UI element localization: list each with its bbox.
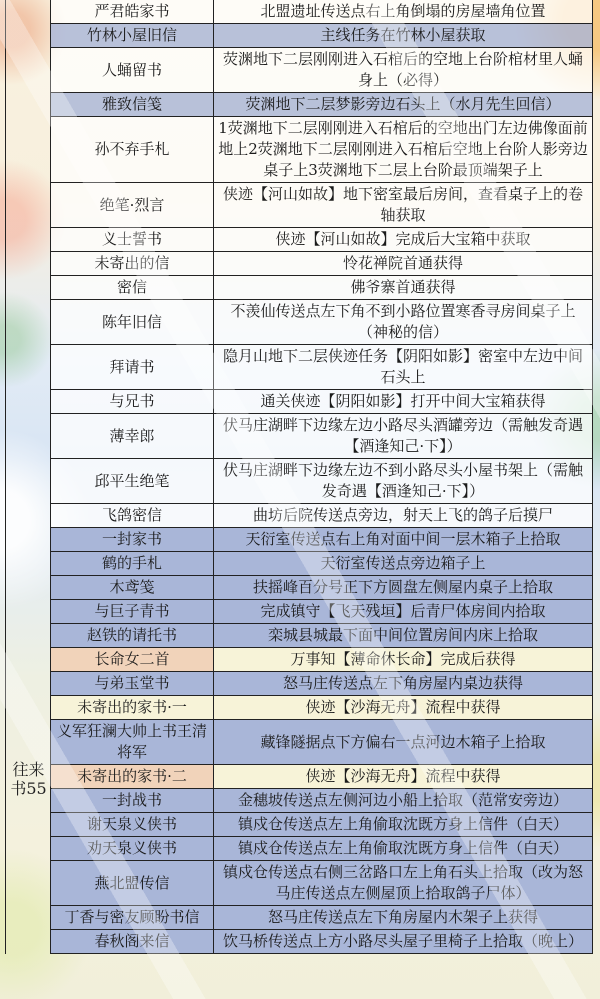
- table-row: 劝天泉义侠书 镇戍仓传送点左上角偷取沈既方身上信件（白天）: [51, 837, 592, 861]
- table-row: 雅致信笺 荧渊地下二层梦影旁边石头上（水月先生回信）: [51, 93, 592, 117]
- letters-table: 往来书55 严君皓家书 北盟遗址传送点右上角倒塌的房屋墙角位置 竹林小屋旧信 主…: [5, 0, 593, 954]
- category-cell: 往来书55: [6, 0, 51, 954]
- table-row: 未寄出的家书·二 侠迹【沙海无舟】流程中获得: [51, 765, 592, 789]
- guide-page: { "colors": { "row_lavender": "#a9b6d8",…: [0, 0, 600, 999]
- location-cell: 镇戍仓传送点右侧三岔路口左上角石头上拾取（改为怒马庄传送点左侧屋顶上拾取鸽子尸体…: [214, 861, 592, 905]
- table-row: 孙不弃手札 1荧渊地下二层刚刚进入石棺后的空地出门左边佛像面前地上2荧渊地下二层…: [51, 117, 592, 183]
- location-cell: 侠迹【河山如故】地下密室最后房间，查看桌子上的卷轴获取: [214, 183, 592, 227]
- location-cell: 佛爷寨首通获得: [214, 276, 592, 299]
- location-cell: 镇戍仓传送点左上角偷取沈既方身上信件（白天）: [214, 837, 592, 860]
- location-cell: 怒马庄传送点左下角房屋内桌边获得: [214, 672, 592, 695]
- table-row: 丁香与密友顾盼书信 怒马庄传送点左下角房屋内木架子上获得: [51, 906, 592, 930]
- letter-name-cell: 春秋阁来信: [51, 930, 214, 953]
- location-cell: 天衍室传送点旁边箱子上: [214, 552, 592, 575]
- location-cell: 曲坊后院传送点旁边，射天上飞的鸽子后摸尸: [214, 504, 592, 527]
- location-cell: 镇戍仓传送点左上角偷取沈既方身上信件（白天）: [214, 813, 592, 836]
- location-cell: 主线任务在竹林小屋获取: [214, 24, 592, 47]
- table-row: 赵铁的请托书 栾城县城最下面中间位置房间内床上拾取: [51, 624, 592, 648]
- letter-name-cell: 赵铁的请托书: [51, 624, 214, 647]
- letter-name-cell: 劝天泉义侠书: [51, 837, 214, 860]
- location-cell: 侠迹【沙海无舟】流程中获得: [214, 696, 592, 719]
- letter-name-cell: 绝笔·烈言: [51, 183, 214, 227]
- letter-name-cell: 严君皓家书: [51, 0, 214, 23]
- letter-name-cell: 密信: [51, 276, 214, 299]
- location-cell: 荧渊地下二层梦影旁边石头上（水月先生回信）: [214, 93, 592, 116]
- location-cell: 侠迹【河山如故】完成后大宝箱中获取: [214, 228, 592, 251]
- table-row: 义士誓书 侠迹【河山如故】完成后大宝箱中获取: [51, 228, 592, 252]
- table-row: 飞鸽密信 曲坊后院传送点旁边，射天上飞的鸽子后摸尸: [51, 504, 592, 528]
- letter-name-cell: 木鸢笺: [51, 576, 214, 599]
- location-cell: 伏马庄湖畔下边缘左边小路尽头酒罐旁边（需触发奇遇【酒逢知己·下】）: [214, 414, 592, 458]
- letter-name-cell: 义军狂澜大帅上书王清将军: [51, 720, 214, 764]
- location-cell: 隐月山地下二层侠迹任务【阴阳如影】密室中左边中间石头上: [214, 345, 592, 389]
- letter-name-cell: 与弟玉堂书: [51, 672, 214, 695]
- table-row: 鹤的手札 天衍室传送点旁边箱子上: [51, 552, 592, 576]
- table-row: 燕北盟传信 镇戍仓传送点右侧三岔路口左上角石头上拾取（改为怒马庄传送点左侧屋顶上…: [51, 861, 592, 906]
- letter-name-cell: 丁香与密友顾盼书信: [51, 906, 214, 929]
- location-cell: 不羡仙传送点左下角不到小路位置寒香寻房间桌子上（神秘的信）: [214, 300, 592, 344]
- table-row: 木鸢笺 扶摇峰百分号正下方圆盘左侧屋内桌子上拾取: [51, 576, 592, 600]
- letter-name-cell: 飞鸽密信: [51, 504, 214, 527]
- table-row: 拜请书 隐月山地下二层侠迹任务【阴阳如影】密室中左边中间石头上: [51, 345, 592, 390]
- location-cell: 栾城县城最下面中间位置房间内床上拾取: [214, 624, 592, 647]
- table-row: 未寄出的家书·一 侠迹【沙海无舟】流程中获得: [51, 696, 592, 720]
- table-row: 一封家书 天衍室传送点右上角对面中间一层木箱子上拾取: [51, 528, 592, 552]
- letter-name-cell: 未寄出的家书·二: [51, 765, 214, 788]
- location-cell: 北盟遗址传送点右上角倒塌的房屋墙角位置: [214, 0, 592, 23]
- location-cell: 怜花禅院首通获得: [214, 252, 592, 275]
- letter-name-cell: 人蛹留书: [51, 48, 214, 92]
- table-row: 谢天泉义侠书 镇戍仓传送点左上角偷取沈既方身上信件（白天）: [51, 813, 592, 837]
- location-cell: 完成镇守【飞天残垣】后青尸体房间内拾取: [214, 600, 592, 623]
- letter-name-cell: 一封战书: [51, 789, 214, 812]
- table-row: 竹林小屋旧信 主线任务在竹林小屋获取: [51, 24, 592, 48]
- location-cell: 万事知【薄命休长命】完成后获得: [214, 648, 592, 671]
- table-row: 密信 佛爷寨首通获得: [51, 276, 592, 300]
- location-cell: 侠迹【沙海无舟】流程中获得: [214, 765, 592, 788]
- category-label: 往来书55: [10, 760, 47, 798]
- table-row: 人蛹留书 荧渊地下二层刚刚进入石棺后的空地上台阶棺材里人蛹身上（必得）: [51, 48, 592, 93]
- letter-name-cell: 雅致信笺: [51, 93, 214, 116]
- location-cell: 伏马庄湖畔下边缘左边不到小路尽头小屋书架上（需触发奇遇【酒逢知己·下】）: [214, 459, 592, 503]
- location-cell: 金穗坡传送点左侧河边小船上拾取（范常安旁边）: [214, 789, 592, 812]
- letter-name-cell: 邱平生绝笔: [51, 459, 214, 503]
- letter-name-cell: 竹林小屋旧信: [51, 24, 214, 47]
- location-cell: 怒马庄传送点左下角房屋内木架子上获得: [214, 906, 592, 929]
- letter-name-cell: 未寄出的家书·一: [51, 696, 214, 719]
- table-row: 义军狂澜大帅上书王清将军 藏锋隧据点下方偏右一点河边木箱子上拾取: [51, 720, 592, 765]
- table-row: 陈年旧信 不羡仙传送点左下角不到小路位置寒香寻房间桌子上（神秘的信）: [51, 300, 592, 345]
- letter-name-cell: 孙不弃手札: [51, 117, 214, 182]
- location-cell: 通关侠迹【阴阳如影】打开中间大宝箱获得: [214, 390, 592, 413]
- table-row: 春秋阁来信 饮马桥传送点上方小路尽头屋子里椅子上拾取（晚上）: [51, 930, 592, 954]
- table-row: 未寄出的信 怜花禅院首通获得: [51, 252, 592, 276]
- letter-name-cell: 拜请书: [51, 345, 214, 389]
- letter-name-cell: 一封家书: [51, 528, 214, 551]
- table-row: 与巨子青书 完成镇守【飞天残垣】后青尸体房间内拾取: [51, 600, 592, 624]
- location-cell: 天衍室传送点右上角对面中间一层木箱子上拾取: [214, 528, 592, 551]
- location-cell: 扶摇峰百分号正下方圆盘左侧屋内桌子上拾取: [214, 576, 592, 599]
- location-cell: 藏锋隧据点下方偏右一点河边木箱子上拾取: [214, 720, 592, 764]
- table-row: 长命女二首 万事知【薄命休长命】完成后获得: [51, 648, 592, 672]
- table-row: 邱平生绝笔 伏马庄湖畔下边缘左边不到小路尽头小屋书架上（需触发奇遇【酒逢知己·下…: [51, 459, 592, 504]
- table-row: 与兄书 通关侠迹【阴阳如影】打开中间大宝箱获得: [51, 390, 592, 414]
- location-cell: 荧渊地下二层刚刚进入石棺后的空地上台阶棺材里人蛹身上（必得）: [214, 48, 592, 92]
- table-row: 严君皓家书 北盟遗址传送点右上角倒塌的房屋墙角位置: [51, 0, 592, 24]
- letter-name-cell: 谢天泉义侠书: [51, 813, 214, 836]
- location-cell: 饮马桥传送点上方小路尽头屋子里椅子上拾取（晚上）: [214, 930, 592, 953]
- letter-name-cell: 义士誓书: [51, 228, 214, 251]
- letter-name-cell: 薄幸郎: [51, 414, 214, 458]
- letter-name-cell: 与兄书: [51, 390, 214, 413]
- letter-name-cell: 未寄出的信: [51, 252, 214, 275]
- letter-name-cell: 与巨子青书: [51, 600, 214, 623]
- letter-name-cell: 长命女二首: [51, 648, 214, 671]
- table-row: 绝笔·烈言 侠迹【河山如故】地下密室最后房间，查看桌子上的卷轴获取: [51, 183, 592, 228]
- table-row: 与弟玉堂书 怒马庄传送点左下角房屋内桌边获得: [51, 672, 592, 696]
- letter-name-cell: 陈年旧信: [51, 300, 214, 344]
- letter-name-cell: 燕北盟传信: [51, 861, 214, 905]
- table-rows: 严君皓家书 北盟遗址传送点右上角倒塌的房屋墙角位置 竹林小屋旧信 主线任务在竹林…: [51, 0, 592, 954]
- table-row: 薄幸郎 伏马庄湖畔下边缘左边小路尽头酒罐旁边（需触发奇遇【酒逢知己·下】）: [51, 414, 592, 459]
- table-row: 一封战书 金穗坡传送点左侧河边小船上拾取（范常安旁边）: [51, 789, 592, 813]
- location-cell: 1荧渊地下二层刚刚进入石棺后的空地出门左边佛像面前地上2荧渊地下二层刚刚进入石棺…: [214, 117, 592, 182]
- letter-name-cell: 鹤的手札: [51, 552, 214, 575]
